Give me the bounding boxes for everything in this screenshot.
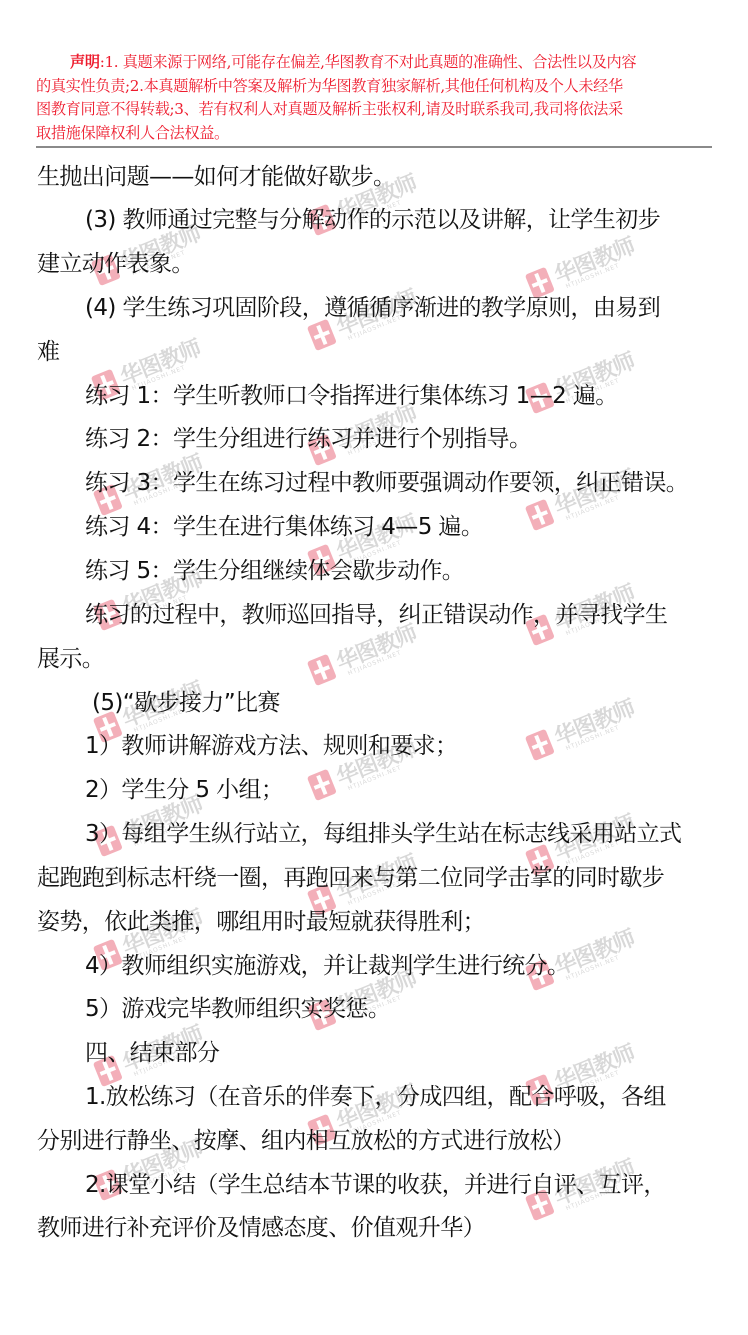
paragraph-line: (4) 学生练习巩固阶段，遵循循序渐进的教学原则，由易到 <box>85 293 660 323</box>
paragraph-line: (3) 教师通过完整与分解动作的示范以及讲解，让学生初步 <box>85 205 660 235</box>
paragraph-line: 1.放松练习（在音乐的伴奏下，分成四组，配合呼吸，各组 <box>85 1082 666 1112</box>
paragraph-line: 展示。 <box>37 644 104 674</box>
list-item-continued: 姿势，依此类推，哪组用时最短就获得胜利； <box>37 907 485 937</box>
lesson-plan-body: 生抛出问题——如何才能做好歇步。 (3) 教师通过完整与分解动作的示范以及讲解，… <box>0 0 748 1335</box>
list-item: 5）游戏完毕教师组织实奖惩。 <box>85 994 390 1024</box>
list-item: 2）学生分 5 小组； <box>85 775 283 805</box>
exercise-line: 练习 1：学生听教师口令指挥进行集体练习 1—2 遍。 <box>85 381 618 411</box>
document-page: 华图教师HTJIAOSHI.NET 华图教师HTJIAOSHI.NET 华图教师… <box>0 0 748 1335</box>
paragraph-line: 分别进行静坐、按摩、组内相互放松的方式进行放松） <box>37 1126 575 1156</box>
exercise-line: 练习 2：学生分组进行练习并进行个别指导。 <box>85 424 531 454</box>
exercise-line: 练习 4：学生在进行集体练习 4—5 遍。 <box>85 512 483 542</box>
list-item: 1）教师讲解游戏方法、规则和要求； <box>85 731 457 761</box>
section-heading: (5)“歇步接力”比赛 <box>92 688 280 718</box>
list-item: 3）每组学生纵行站立，每组排头学生站在标志线采用站立式 <box>85 819 681 849</box>
paragraph-line: 教师进行补充评价及情感态度、价值观升华） <box>37 1213 485 1243</box>
list-item: 4）教师组织实施游戏，并让裁判学生进行统分。 <box>85 951 569 981</box>
paragraph-line: 生抛出问题——如何才能做好歇步。 <box>37 162 395 192</box>
paragraph-line: 练习的过程中，教师巡回指导，纠正错误动作，并寻找学生 <box>85 600 667 630</box>
list-item-continued: 起跑跑到标志杆绕一圈，再跑回来与第二位同学击掌的同时歇步 <box>37 863 664 893</box>
exercise-line: 练习 5：学生分组继续体会歇步动作。 <box>85 556 464 586</box>
section-heading: 四、结束部分 <box>85 1038 219 1068</box>
paragraph-line: 难 <box>37 337 59 367</box>
paragraph-line: 建立动作表象。 <box>37 249 194 279</box>
exercise-line: 练习 3：学生在练习过程中教师要强调动作要领，纠正错误。 <box>85 468 688 498</box>
paragraph-line: 2.课堂小结（学生总结本节课的收获，并进行自评、互评， <box>85 1170 666 1200</box>
